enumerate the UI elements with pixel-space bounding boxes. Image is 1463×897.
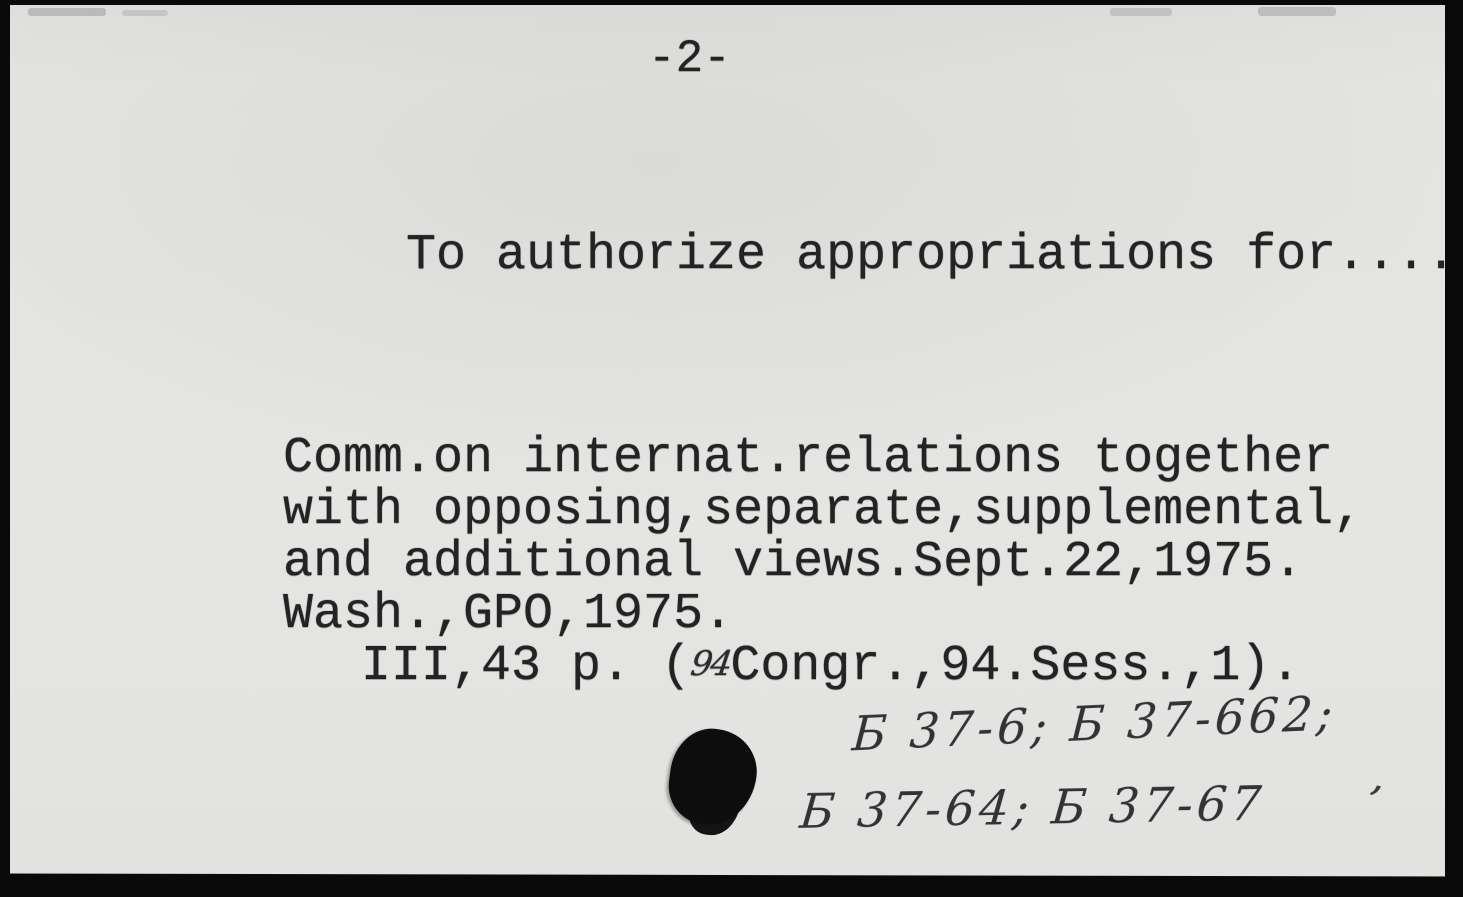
scan-smudge	[1258, 7, 1336, 16]
scan-frame-bottom	[0, 873, 1463, 890]
handwritten-tick-mark: ʼ	[1358, 776, 1384, 829]
scan-smudge	[28, 8, 106, 16]
handwritten-call-numbers-line1: Б 37-6; Б 37-662;	[851, 686, 1338, 762]
citation-suffix: Congr.,94.Sess.,1).	[730, 638, 1300, 695]
page-number: -2-	[648, 33, 731, 85]
record-line: Wash.,GPO,1975.	[283, 586, 733, 643]
record-line: and additional views.Sept.22,1975.	[283, 534, 1303, 591]
scanned-catalog-card-page: { "page": { "page_number": "-2-", "title…	[0, 0, 1463, 897]
record-line: with opposing,separate,supplemental,	[283, 482, 1363, 539]
scan-frame-right	[1445, 5, 1459, 884]
handwritten-call-numbers-line2: Б 37-64; Б 37-67	[798, 777, 1267, 840]
ink-blot	[664, 723, 763, 830]
catalog-card: -2- To authorize appropriations for.... …	[10, 5, 1449, 884]
handwritten-congress-number: 94	[688, 644, 733, 684]
record-line: Comm.on internat.relations together	[283, 430, 1333, 487]
scan-smudge	[122, 10, 168, 16]
scan-smudge	[1110, 8, 1172, 16]
citation-line: III,43 p. (94Congr.,94.Sess.,1).	[361, 638, 1300, 695]
document-title: To authorize appropriations for....	[406, 227, 1456, 284]
citation-prefix: III,43 p. (	[361, 638, 691, 695]
